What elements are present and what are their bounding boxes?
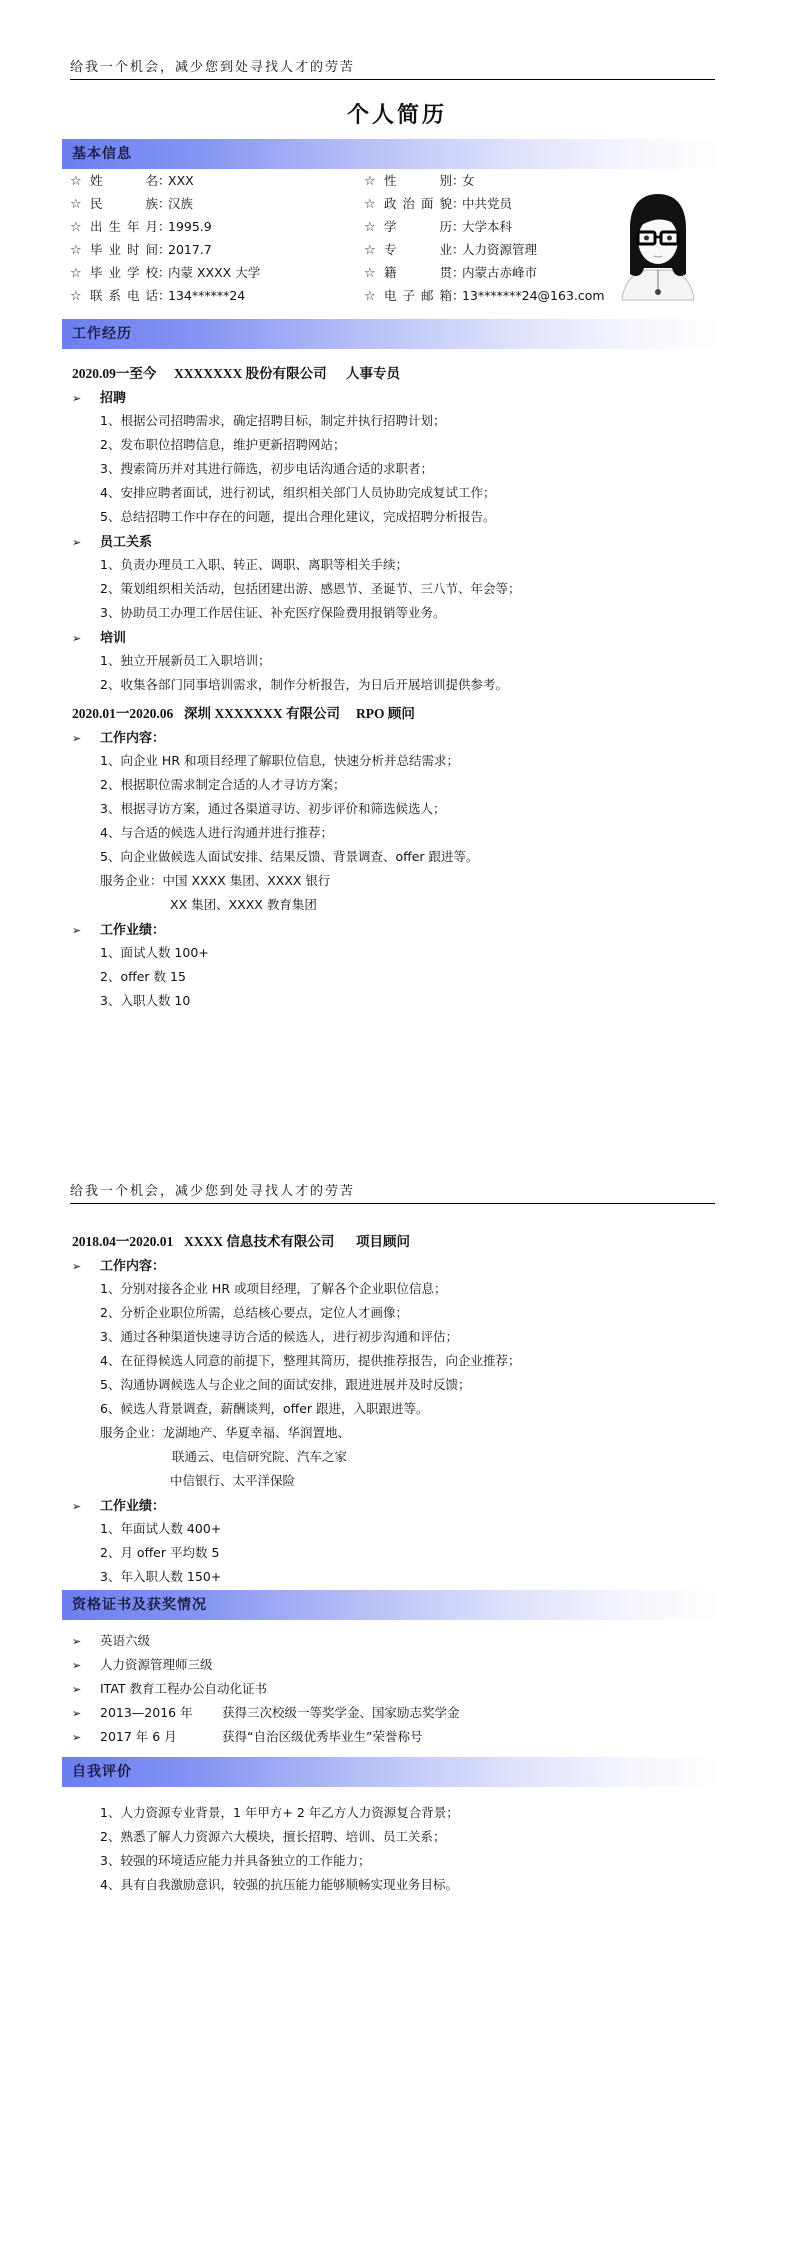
page-header: 给我一个机会，减少您到处寻找人才的劳苦 bbox=[70, 56, 715, 80]
job-1-group-heading: ➢招聘 bbox=[72, 387, 126, 406]
star-icon: ☆ bbox=[70, 286, 90, 308]
star-icon: ☆ bbox=[70, 240, 90, 262]
info-phone: ☆联系电话：134******24 bbox=[70, 285, 245, 307]
info-gender: ☆性别：女 bbox=[364, 170, 475, 192]
arrow-bullet-icon: ➢ bbox=[72, 1683, 100, 1696]
arrow-bullet-icon: ➢ bbox=[72, 1500, 100, 1513]
list-item: 3、根据寻访方案，通过各渠道寻访、初步评价和筛选候选人； bbox=[100, 799, 445, 817]
list-item: 3、入职人数 10 bbox=[100, 991, 190, 1009]
page-title: 个人简历 bbox=[0, 98, 794, 129]
list-item: 3、通过各种渠道快速寻访合适的候选人，进行初步沟通和评估； bbox=[100, 1327, 458, 1345]
job-company: XXXX 信息技术有限公司 bbox=[184, 1230, 356, 1250]
job-1-group-heading: ➢培训 bbox=[72, 627, 126, 646]
cert-item: ➢ITAT 教育工程办公自动化证书 bbox=[72, 1679, 267, 1697]
self-eval-item: 4、具有自我激励意识，较强的抗压能力能够顺畅实现业务目标。 bbox=[100, 1875, 458, 1893]
list-item: 4、安排应聘者面试，进行初试，组织相关部门人员协助完成复试工作； bbox=[100, 483, 495, 501]
arrow-bullet-icon: ➢ bbox=[72, 1659, 100, 1672]
list-item: 1、分别对接各企业 HR 或项目经理，了解各个企业职位信息； bbox=[100, 1279, 447, 1297]
list-item: 2、收集各部门同事培训需求，制作分析报告，为日后开展培训提供参考。 bbox=[100, 675, 508, 693]
info-email: ☆电子邮箱：13*******24@163.com bbox=[364, 285, 605, 307]
job-position: 项目顾问 bbox=[356, 1230, 410, 1250]
list-item: 服务企业：中国 XXXX 集团、XXXX 银行 bbox=[100, 871, 330, 889]
arrow-bullet-icon: ➢ bbox=[72, 536, 100, 549]
arrow-bullet-icon: ➢ bbox=[72, 1260, 100, 1273]
list-item: 1、面试人数 100+ bbox=[100, 943, 209, 961]
arrow-bullet-icon: ➢ bbox=[72, 1635, 100, 1648]
star-icon: ☆ bbox=[364, 217, 384, 239]
list-item: 2、根据职位需求制定合适的人才寻访方案； bbox=[100, 775, 345, 793]
job-1-group-heading: ➢员工关系 bbox=[72, 531, 152, 550]
list-item: 4、在征得候选人同意的前提下，整理其简历，提供推荐报告，向企业推荐； bbox=[100, 1351, 520, 1369]
arrow-bullet-icon: ➢ bbox=[72, 1731, 100, 1744]
info-hometown: ☆籍贯：内蒙古赤峰市 bbox=[364, 262, 537, 284]
section-basic-info: 基本信息 bbox=[62, 139, 720, 169]
info-education: ☆学历：大学本科 bbox=[364, 216, 512, 238]
job-2-group-heading: ➢工作业绩： bbox=[72, 919, 165, 938]
info-school: ☆毕业学校：内蒙 XXXX 大学 bbox=[70, 262, 260, 284]
list-item: XX 集团、XXXX 教育集团 bbox=[170, 895, 317, 913]
list-item: 5、沟通协调候选人与企业之间的面试安排，跟进进展并及时反馈； bbox=[100, 1375, 470, 1393]
arrow-bullet-icon: ➢ bbox=[72, 1707, 100, 1720]
list-item: 中信银行、太平洋保险 bbox=[170, 1471, 295, 1489]
section-certificates: 资格证书及获奖情况 bbox=[62, 1590, 720, 1620]
list-item: 4、与合适的候选人进行沟通并进行推荐； bbox=[100, 823, 333, 841]
list-item: 5、向企业做候选人面试安排、结果反馈、背景调查、offer 跟进等。 bbox=[100, 847, 479, 865]
star-icon: ☆ bbox=[70, 171, 90, 193]
avatar bbox=[618, 188, 698, 306]
arrow-bullet-icon: ➢ bbox=[72, 632, 100, 645]
job-3-group-heading: ➢工作业绩： bbox=[72, 1495, 165, 1514]
list-item: 5、总结招聘工作中存在的问题，提出合理化建议，完成招聘分析报告。 bbox=[100, 507, 495, 525]
info-birth: ☆出生年月：1995.9 bbox=[70, 216, 212, 238]
job-period: 2020.09一至今 bbox=[72, 362, 174, 382]
job-company: 深圳 XXXXXXX 有限公司 bbox=[184, 702, 356, 722]
self-eval-item: 2、熟悉了解人力资源六大模块，擅长招聘、培训、员工关系； bbox=[100, 1827, 445, 1845]
info-major: ☆专业：人力资源管理 bbox=[364, 239, 537, 261]
cert-item: ➢英语六级 bbox=[72, 1631, 150, 1649]
arrow-bullet-icon: ➢ bbox=[72, 392, 100, 405]
info-ethnicity: ☆民族：汉族 bbox=[70, 193, 193, 215]
section-work-experience: 工作经历 bbox=[62, 319, 720, 349]
list-item: 2、发布职位招聘信息，维护更新招聘网站； bbox=[100, 435, 345, 453]
award-item: ➢2013—2016 年获得三次校级一等奖学金、国家励志奖学金 bbox=[72, 1703, 460, 1721]
info-political: ☆政治面貌：中共党员 bbox=[364, 193, 512, 215]
job-2-title: 2020.01一2020.06深圳 XXXXXXX 有限公司RPO 顾问 bbox=[72, 702, 415, 722]
arrow-bullet-icon: ➢ bbox=[72, 924, 100, 937]
star-icon: ☆ bbox=[364, 263, 384, 285]
job-period: 2018.04一2020.01 bbox=[72, 1230, 184, 1250]
list-item: 2、分析企业职位所需，总结核心要点，定位人才画像； bbox=[100, 1303, 408, 1321]
star-icon: ☆ bbox=[70, 263, 90, 285]
list-item: 2、offer 数 15 bbox=[100, 967, 186, 985]
list-item: 6、候选人背景调查，薪酬谈判，offer 跟进，入职跟进等。 bbox=[100, 1399, 429, 1417]
self-eval-item: 1、人力资源专业背景，1 年甲方+ 2 年乙方人力资源复合背景； bbox=[100, 1803, 459, 1821]
list-item: 1、独立开展新员工入职培训； bbox=[100, 651, 270, 669]
job-2-group-heading: ➢工作内容： bbox=[72, 727, 165, 746]
job-company: XXXXXXX 股份有限公司 bbox=[174, 362, 346, 382]
list-item: 3、年入职人数 150+ bbox=[100, 1567, 221, 1585]
star-icon: ☆ bbox=[364, 286, 384, 308]
job-3-title: 2018.04一2020.01XXXX 信息技术有限公司项目顾问 bbox=[72, 1230, 410, 1250]
star-icon: ☆ bbox=[364, 240, 384, 262]
list-item: 1、负责办理员工入职、转正、调职、离职等相关手续； bbox=[100, 555, 408, 573]
info-name: ☆姓名：XXX bbox=[70, 170, 194, 192]
star-icon: ☆ bbox=[364, 171, 384, 193]
star-icon: ☆ bbox=[364, 194, 384, 216]
job-1-title: 2020.09一至今XXXXXXX 股份有限公司人事专员 bbox=[72, 362, 400, 382]
list-item: 联通云、电信研究院、汽车之家 bbox=[172, 1447, 347, 1465]
list-item: 1、年面试人数 400+ bbox=[100, 1519, 221, 1537]
cert-item: ➢人力资源管理师三级 bbox=[72, 1655, 213, 1673]
list-item: 服务企业：龙湖地产、华夏幸福、华润置地、 bbox=[100, 1423, 350, 1441]
job-position: 人事专员 bbox=[346, 362, 400, 382]
page-header: 给我一个机会，减少您到处寻找人才的劳苦 bbox=[70, 1180, 715, 1204]
list-item: 1、根据公司招聘需求，确定招聘目标，制定并执行招聘计划； bbox=[100, 411, 445, 429]
list-item: 3、协助员工办理工作居住证、补充医疗保险费用报销等业务。 bbox=[100, 603, 445, 621]
arrow-bullet-icon: ➢ bbox=[72, 732, 100, 745]
self-eval-item: 3、较强的环境适应能力并具备独立的工作能力； bbox=[100, 1851, 370, 1869]
list-item: 3、搜索简历并对其进行筛选，初步电话沟通合适的求职者； bbox=[100, 459, 433, 477]
job-position: RPO 顾问 bbox=[356, 702, 415, 722]
avatar-illustration-icon bbox=[618, 188, 698, 306]
award-item: ➢2017 年 6 月获得“自治区级优秀毕业生”荣誉称号 bbox=[72, 1727, 422, 1745]
job-3-group-heading: ➢工作内容： bbox=[72, 1255, 165, 1274]
info-graduation-date: ☆毕业时间：2017.7 bbox=[70, 239, 212, 261]
section-self-evaluation: 自我评价 bbox=[62, 1757, 720, 1787]
star-icon: ☆ bbox=[70, 217, 90, 239]
list-item: 2、月 offer 平均数 5 bbox=[100, 1543, 219, 1561]
job-period: 2020.01一2020.06 bbox=[72, 702, 184, 722]
star-icon: ☆ bbox=[70, 194, 90, 216]
list-item: 2、策划组织相关活动，包括团建出游、感恩节、圣诞节、三八节、年会等； bbox=[100, 579, 520, 597]
list-item: 1、向企业 HR 和项目经理了解职位信息，快速分析并总结需求； bbox=[100, 751, 459, 769]
